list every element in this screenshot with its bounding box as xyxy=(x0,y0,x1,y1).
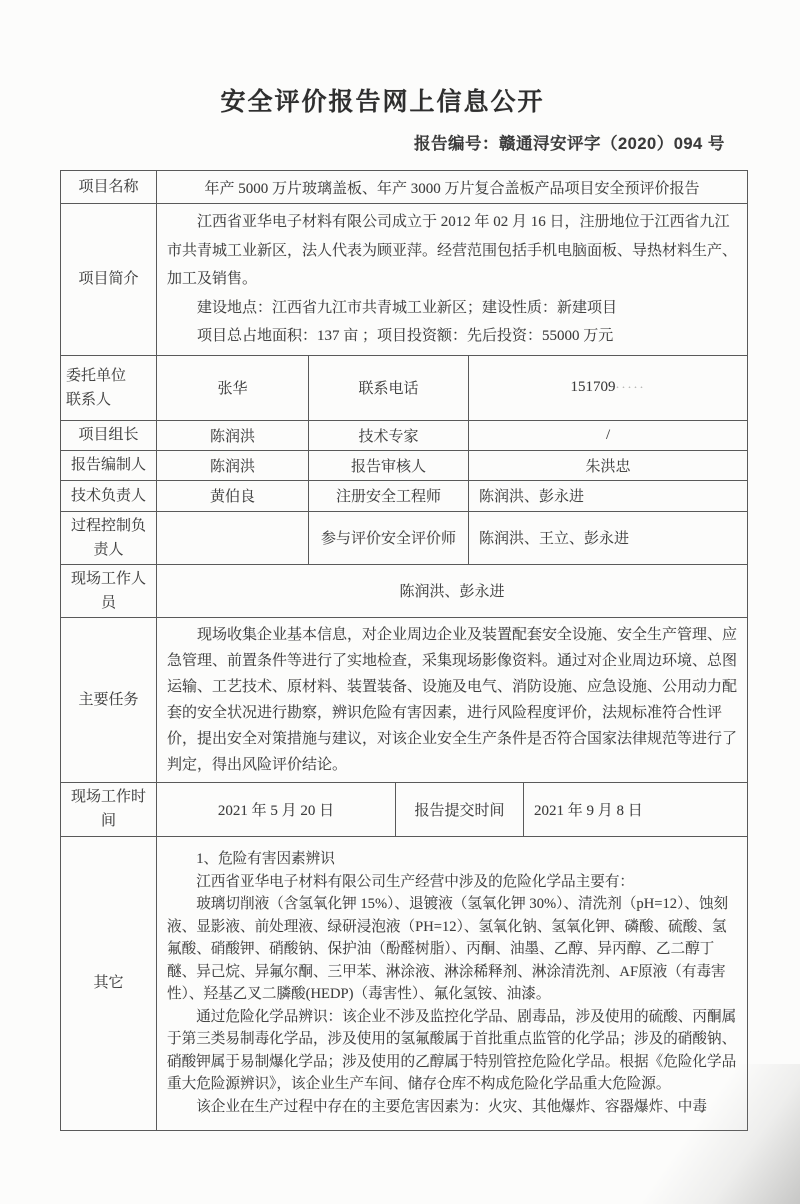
field-staff-label: 现场工作人 员 xyxy=(61,564,157,617)
client-contact-name: 张华 xyxy=(157,355,309,420)
project-intro-label: 项目简介 xyxy=(61,204,157,356)
row-report-author: 报告编制人 陈润洪 报告审核人 朱洪忠 xyxy=(61,450,748,480)
other-value: 1、危险有害因素辨识 江西省亚华电子材料有限公司生产经营中涉及的危险化学品主要有… xyxy=(157,836,748,1130)
row-field-staff: 现场工作人 员 陈润洪、彭永进 xyxy=(61,564,748,617)
intro-paragraph: 项目总占地面积：137 亩 ；项目投资额：先后投资：55000 万元 xyxy=(167,322,737,351)
reviewer-name: 朱洪忠 xyxy=(469,450,748,480)
main-tasks-label: 主要任务 xyxy=(61,617,157,782)
report-author-name: 陈润洪 xyxy=(157,450,309,480)
intro-paragraph: 建设地点：江西省九江市共青城工业新区；建设性质：新建项目 xyxy=(167,294,737,323)
assessor-label: 参与评价安全评价师 xyxy=(309,511,469,564)
tech-lead-name: 黄伯良 xyxy=(157,480,309,511)
row-tech-lead: 技术负责人 黄伯良 注册安全工程师 陈润洪、彭永进 xyxy=(61,480,748,511)
intro-paragraph: 江西省亚华电子材料有限公司成立于 2012 年 02 月 16 日，注册地位于江… xyxy=(167,208,737,294)
client-contact-label: 委托单位 联系人 xyxy=(61,355,157,420)
submit-time-label: 报告提交时间 xyxy=(396,782,524,836)
row-project-leader: 项目组长 陈润洪 技术专家 / xyxy=(61,420,748,450)
main-tasks-value: 现场收集企业基本信息，对企业周边企业及装置配套安全设施、安全生产管理、应急管理、… xyxy=(157,617,748,782)
row-other: 其它 1、危险有害因素辨识 江西省亚华电子材料有限公司生产经营中涉及的危险化学品… xyxy=(61,836,748,1130)
phone-redacted-digits: ····· xyxy=(616,380,646,394)
other-paragraph: 玻璃切削液（含氢氧化钾 15%）、退镀液（氢氧化钾 30%）、清洗剂（pH=12… xyxy=(167,893,737,1006)
process-control-label: 过程控制负 责人 xyxy=(61,511,157,564)
project-leader-label: 项目组长 xyxy=(61,420,157,450)
phone-label: 联系电话 xyxy=(309,355,469,420)
report-table: 项目名称 年产 5000 万片玻璃盖板、年产 3000 万片复合盖板产品项目安全… xyxy=(60,170,748,1131)
row-client-contact: 委托单位 联系人 张华 联系电话 151709····· xyxy=(61,355,748,420)
project-leader-name: 陈润洪 xyxy=(157,420,309,450)
expert-label: 技术专家 xyxy=(309,420,469,450)
tech-lead-label: 技术负责人 xyxy=(61,480,157,511)
main-tasks-text: 现场收集企业基本信息，对企业周边企业及装置配套安全设施、安全生产管理、应急管理、… xyxy=(167,622,737,778)
report-author-label: 报告编制人 xyxy=(61,450,157,480)
field-time-date: 2021 年 5 月 20 日 xyxy=(157,782,396,836)
row-project-name: 项目名称 年产 5000 万片玻璃盖板、年产 3000 万片复合盖板产品项目安全… xyxy=(61,171,748,204)
project-name-label: 项目名称 xyxy=(61,171,157,204)
page-title: 安全评价报告网上信息公开 xyxy=(60,82,705,118)
other-label: 其它 xyxy=(61,836,157,1130)
submit-time-date: 2021 年 9 月 8 日 xyxy=(524,782,748,836)
report-number: 报告编号：赣通浔安评字（2020）094 号 xyxy=(414,130,725,154)
expert-value: / xyxy=(469,420,748,450)
phone-value: 151709····· xyxy=(469,355,748,420)
row-project-intro: 项目简介 江西省亚华电子材料有限公司成立于 2012 年 02 月 16 日，注… xyxy=(61,204,748,356)
field-staff-value: 陈润洪、彭永进 xyxy=(157,564,748,617)
reviewer-label: 报告审核人 xyxy=(309,450,469,480)
assessor-names: 陈润洪、王立、彭永进 xyxy=(469,511,748,564)
phone-visible-digits: 151709 xyxy=(571,379,616,395)
engineer-names: 陈润洪、彭永进 xyxy=(469,480,748,511)
project-intro-value: 江西省亚华电子材料有限公司成立于 2012 年 02 月 16 日，注册地位于江… xyxy=(157,204,748,356)
other-paragraph: 江西省亚华电子材料有限公司生产经营中涉及的危险化学品主要有： xyxy=(167,871,737,894)
other-paragraph: 通过危险化学品辨识：该企业不涉及监控化学品、剧毒品，涉及使用的硫酸、丙酮属于第三… xyxy=(167,1006,737,1096)
other-paragraph: 该企业在生产过程中存在的主要危害因素为：火灾、其他爆炸、容器爆炸、中毒 xyxy=(167,1096,737,1119)
row-process-control: 过程控制负 责人 参与评价安全评价师 陈润洪、王立、彭永进 xyxy=(61,511,748,564)
row-main-tasks: 主要任务 现场收集企业基本信息，对企业周边企业及装置配套安全设施、安全生产管理、… xyxy=(61,617,748,782)
row-field-time: 现场工作时 间 2021 年 5 月 20 日 报告提交时间 2021 年 9 … xyxy=(61,782,748,836)
process-control-name xyxy=(157,511,309,564)
document-page: 安全评价报告网上信息公开 报告编号：赣通浔安评字（2020）094 号 项目名称… xyxy=(0,0,800,1204)
field-time-label: 现场工作时 间 xyxy=(61,782,157,836)
project-name-value: 年产 5000 万片玻璃盖板、年产 3000 万片复合盖板产品项目安全预评价报告 xyxy=(157,171,748,204)
other-paragraph: 1、危险有害因素辨识 xyxy=(167,848,737,871)
engineer-label: 注册安全工程师 xyxy=(309,480,469,511)
